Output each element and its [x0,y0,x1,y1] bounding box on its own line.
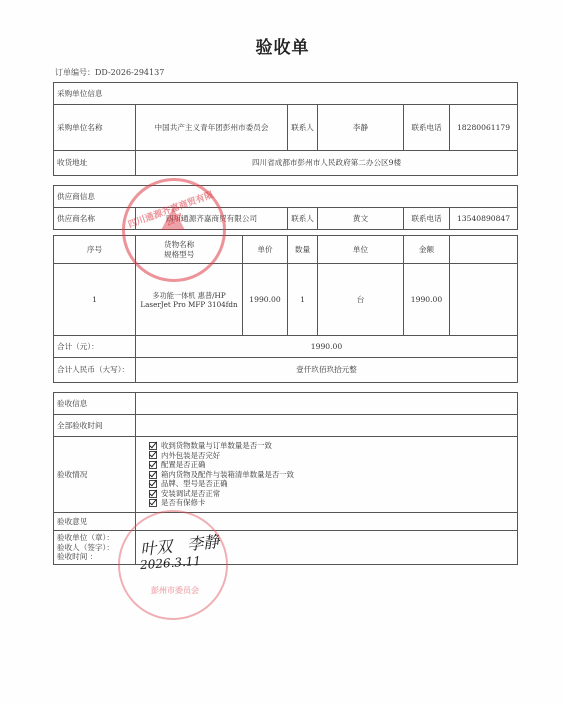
checklist-item[interactable]: 箱内货物及配件与装箱清单数量是否一致 [149,470,514,480]
purchaser-phone-label: 联系电话 [404,105,450,151]
address-label: 收货地址 [54,151,136,176]
order-number-value: DD-2026-294137 [95,68,164,77]
header-extra [450,236,518,264]
checklist-item-label: 安装调试是否正常 [161,489,220,499]
checklist-item-label: 配置是否正确 [161,460,205,470]
goods-extra [450,264,518,336]
header-amount: 金额 [404,236,450,264]
purchaser-table: 采购单位信息 采购单位名称 中国共产主义青年团彭州市委员会 联系人 李静 联系电… [53,82,518,176]
goods-name-line1: 多功能一体机 惠普/HP [139,291,239,300]
acceptance-checklist-cell: 收到货物数量与订单数量是否一致 内外包装是否完好 配置是否正确 箱内货物及配件与… [136,437,518,513]
purchaser-section-label: 采购单位信息 [54,83,518,105]
checklist-item[interactable]: 安装调试是否正常 [149,489,514,499]
goods-index: 1 [54,264,136,336]
header-goods-name: 货物名称 规格型号 [136,236,243,264]
goods-table: 序号 货物名称 规格型号 单价 数量 单位 金额 1 多功能一体机 惠普/HP … [53,235,518,383]
total-label: 合计（元）： [54,336,136,358]
checklist-item[interactable]: 收到货物数量与订单数量是否一致 [149,441,514,451]
supplier-table: 供应商信息 供应商名称 四川通源齐嘉商贸有限公司 联系人 黄文 联系电话 135… [53,185,518,230]
total-upper-label: 合计人民币（大写）： [54,358,136,383]
goods-unit: 台 [318,264,404,336]
checklist-item[interactable]: 品牌、型号是否正确 [149,479,514,489]
supplier-name-value: 四川通源齐嘉商贸有限公司 [136,208,288,230]
acceptance-checklist: 收到货物数量与订单数量是否一致 内外包装是否完好 配置是否正确 箱内货物及配件与… [139,441,514,508]
header-unit: 单位 [318,236,404,264]
goods-row: 1 多功能一体机 惠普/HP LaserJet Pro MFP 3104fdn … [54,264,518,336]
total-value: 1990.00 [136,336,518,358]
purchaser-phone-value: 18280061179 [450,105,518,151]
checklist-item[interactable]: 是否有保修卡 [149,498,514,508]
signature-area[interactable] [136,531,518,565]
header-index: 序号 [54,236,136,264]
supplier-phone-label: 联系电话 [404,208,450,230]
checklist-item[interactable]: 内外包装是否完好 [149,451,514,461]
header-unit-price: 单价 [243,236,288,264]
goods-name: 多功能一体机 惠普/HP LaserJet Pro MFP 3104fdn [136,264,243,336]
acceptance-section-blank [136,393,518,415]
order-number-line: 订单编号：DD-2026-294137 [55,67,164,78]
acceptance-section-label: 验收信息 [54,393,136,415]
acceptance-opinion-label: 验收意见 [54,513,136,531]
goods-header-row: 序号 货物名称 规格型号 单价 数量 单位 金额 [54,236,518,264]
header-goods-name-line2: 规格型号 [164,250,239,259]
goods-amount: 1990.00 [404,264,450,336]
signature-labels: 验收单位（章）： 验收人（签字）： 验收时间 ： [54,531,136,565]
header-quantity: 数量 [288,236,318,264]
purchaser-seal-text: 彭州市委员会 [140,585,210,596]
checklist-item-label: 品牌、型号是否正确 [161,479,228,489]
acceptance-time-value[interactable] [136,415,518,437]
acceptance-table: 验收信息 全部验收时间 验收情况 收到货物数量与订单数量是否一致 内外包装是否完… [53,392,518,565]
document-title: 验收单 [0,33,565,58]
sign-time-label: 验收时间 ： [57,552,132,561]
goods-unit-price: 1990.00 [243,264,288,336]
supplier-name-label: 供应商名称 [54,208,136,230]
checklist-item[interactable]: 配置是否正确 [149,460,514,470]
acceptance-time-label: 全部验收时间 [54,415,136,437]
checkbox-checked-icon[interactable] [149,499,157,507]
purchaser-contact-value: 李静 [318,105,404,151]
checklist-item-label: 内外包装是否完好 [161,451,220,461]
purchaser-name-label: 采购单位名称 [54,105,136,151]
purchaser-name-value: 中国共产主义青年团彭州市委员会 [136,105,288,151]
acceptance-opinion-value[interactable] [136,513,518,531]
address-value: 四川省成都市彭州市人民政府第二办公区9楼 [136,151,518,176]
goods-quantity: 1 [288,264,318,336]
sign-unit-label: 验收单位（章）： [57,533,132,542]
checklist-item-label: 是否有保修卡 [161,498,205,508]
supplier-phone-value: 13540890847 [450,208,518,230]
supplier-contact-label: 联系人 [288,208,318,230]
acceptance-status-label: 验收情况 [54,437,136,513]
supplier-section-label: 供应商信息 [54,186,518,208]
checklist-item-label: 箱内货物及配件与装箱清单数量是否一致 [161,470,294,480]
supplier-contact-value: 黄文 [318,208,404,230]
purchaser-contact-label: 联系人 [288,105,318,151]
acceptance-form-page: 验收单 订单编号：DD-2026-294137 采购单位信息 采购单位名称 中国… [0,0,565,703]
sign-person-label: 验收人（签字）： [57,543,132,552]
goods-name-line2: LaserJet Pro MFP 3104fdn [139,300,239,309]
order-number-label: 订单编号： [55,68,95,77]
checklist-item-label: 收到货物数量与订单数量是否一致 [161,441,272,451]
header-goods-name-line1: 货物名称 [164,240,239,249]
total-upper-value: 壹仟玖佰玖拾元整 [136,358,518,383]
